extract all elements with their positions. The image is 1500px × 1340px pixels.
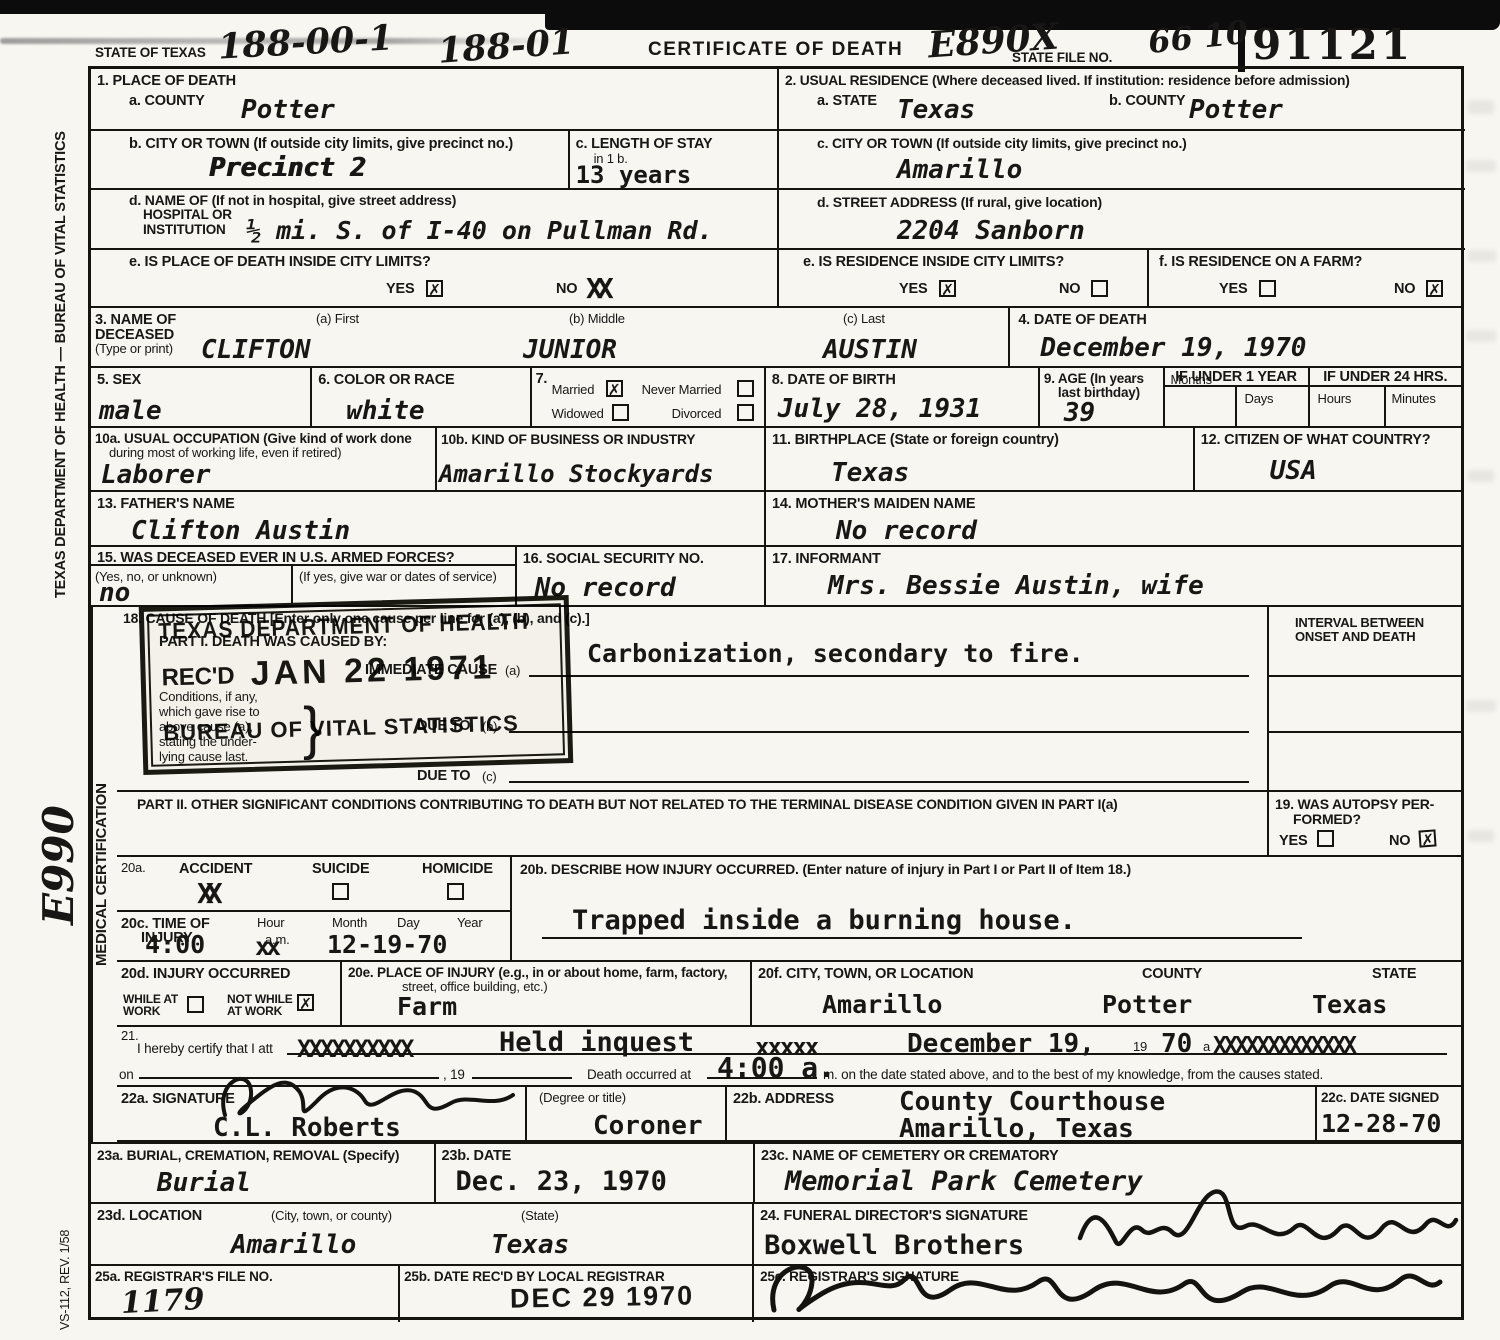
death-limits-yes-label: YES [386, 280, 414, 298]
bleed-through-text [1466, 160, 1496, 172]
section-place-of-injury: 20e. PLACE OF INJURY (e.g., in or about … [342, 962, 752, 1025]
location-state-value: Texas [491, 1230, 569, 1260]
section-if-under-1-year: IF UNDER 1 YEAR Months Days [1165, 368, 1310, 426]
injury-county-value: Potter [1102, 990, 1192, 1019]
part2-label: PART II. OTHER SIGNIFICANT CONDITIONS CO… [137, 796, 1118, 813]
business-value: Amarillo Stockyards [439, 460, 714, 488]
autopsy-yes-label: YES [1279, 832, 1307, 850]
father-label: 13. FATHER'S NAME [97, 495, 235, 513]
section-degree-title: (Degree or title) Coroner [527, 1087, 727, 1140]
cert-rest-text: m. on the date stated above, and to the … [823, 1067, 1323, 1083]
section-sex: 5. SEX male [91, 368, 312, 426]
interval-column: INTERVAL BETWEEN ONSET AND DEATH [1269, 607, 1461, 790]
birthplace-label: 11. BIRTHPLACE (State or foreign country… [772, 431, 1059, 449]
section-signature: 22a. SIGNATURE C.L. Roberts [117, 1087, 527, 1140]
death-limits-no-label: NO [556, 280, 577, 298]
armed-forces-value: no [99, 578, 130, 608]
divorced-label: Divorced [672, 406, 722, 422]
year-label: Year [457, 915, 482, 931]
residence-city-label: c. CITY OR TOWN (If outside city limits,… [817, 135, 1187, 153]
burial-date-label: 23b. DATE [442, 1147, 512, 1165]
location-city-value: Amarillo [231, 1230, 356, 1260]
cert-typed-date: December 19, [907, 1029, 1095, 1059]
death-limits-no-mark: XX [586, 272, 608, 305]
section-injury-location: 20f. CITY, TOWN, OR LOCATION COUNTY STAT… [752, 962, 1461, 1025]
section-how-injury-occurred: 20b. DESCRIBE HOW INJURY OCCURRED. (Ente… [512, 857, 1461, 960]
married-label: Married [552, 382, 595, 398]
middle-name-value: JUNIOR [523, 335, 617, 365]
residence-limits-yes-checkbox: ✗ [939, 280, 956, 297]
date-signed-label: 22c. DATE SIGNED [1321, 1090, 1439, 1107]
death-certificate-scan: STATE OF TEXAS 188-00-1 188-01 CERTIFICA… [0, 0, 1500, 1340]
section-registrar-file: 25a. REGISTRAR'S FILE NO. 1179 [91, 1266, 400, 1322]
occupation-label2: during most of working life, even if ret… [109, 445, 341, 461]
death-limits-yes-checkbox: ✗ [426, 280, 443, 297]
homicide-checkbox [447, 883, 464, 900]
informant-value: Mrs. Bessie Austin, wife [828, 571, 1204, 601]
injury-county-label: COUNTY [1142, 965, 1202, 983]
sex-label: 5. SEX [97, 371, 141, 389]
section-cause-of-death: 18. CAUSE OF DEATH [Enter only one cause… [117, 607, 1461, 792]
sidebar-handwritten-code: E990 [34, 790, 76, 940]
registrar-file-value: 1179 [120, 1282, 205, 1321]
suicide-checkbox [332, 883, 349, 900]
ssn-label: 16. SOCIAL SECURITY NO. [523, 550, 704, 568]
location-state-label: (State) [521, 1208, 559, 1224]
certificate-title: CERTIFICATE OF DEATH [648, 38, 903, 62]
cause-c-label: (c) [482, 769, 497, 785]
cemetery-label: 23c. NAME OF CEMETERY OR CREMATORY [761, 1147, 1058, 1165]
under-24-hrs-label: IF UNDER 24 HRS. [1310, 368, 1462, 387]
section-birthplace: 11. BIRTHPLACE (State or foreign country… [766, 428, 1195, 490]
burial-date-value: Dec. 23, 1970 [456, 1166, 667, 1197]
residence-city-value: Amarillo [897, 155, 1022, 185]
state-of-texas-label: STATE OF TEXAS [95, 45, 206, 62]
date-of-death-label: 4. DATE OF DEATH [1018, 311, 1146, 329]
residence-farm-label: f. IS RESIDENCE ON A FARM? [1159, 253, 1362, 271]
location-city-label: (City, town, or county) [271, 1208, 392, 1224]
section-date-of-death: 4. DATE OF DEATH December 19, 1970 [1010, 308, 1461, 366]
cert-death-occurred-label: Death occurred at [587, 1067, 691, 1083]
section-color-or-race: 6. COLOR OR RACE white [312, 368, 531, 426]
state-file-no-label: STATE FILE NO. [1012, 50, 1112, 67]
farm-yes-label: YES [1219, 280, 1247, 298]
residence-state-value: Texas [897, 95, 975, 125]
first-name-value: CLIFTON [201, 335, 311, 365]
homicide-label: HOMICIDE [422, 860, 493, 878]
divorced-checkbox [737, 404, 754, 421]
how-injury-label: 20b. DESCRIBE HOW INJURY OCCURRED. (Ente… [520, 861, 1131, 879]
place-of-death-title: 1. PLACE OF DEATH [97, 72, 236, 90]
autopsy-no-checkbox: ✗ [1418, 829, 1436, 847]
cert-typed-held-inquest: Held inquest [499, 1027, 694, 1058]
section-injury-occurred: 20d. INJURY OCCURRED WHILE AT WORK NOT W… [117, 962, 342, 1025]
date-received-stamp: DEC 29 1970 [510, 1280, 695, 1314]
section-name-of-deceased: 3. NAME OF DECEASED (Type or print) (a) … [91, 308, 1010, 366]
section-occupation: 10a. USUAL OCCUPATION (Give kind of work… [91, 428, 437, 490]
minutes-label: Minutes [1392, 391, 1436, 407]
not-while-checkbox: ✗ [297, 994, 314, 1011]
usual-residence-title: 2. USUAL RESIDENCE (Where deceased lived… [785, 72, 1350, 89]
death-city-limits-label: e. IS PLACE OF DEATH INSIDE CITY LIMITS? [129, 253, 431, 271]
stamp-recd-label: REC'D [161, 661, 235, 693]
residence-county-value: Potter [1189, 95, 1283, 125]
cert-on-label: on [119, 1067, 134, 1083]
residence-limits-no-checkbox [1091, 280, 1108, 297]
armed-forces-sub2: (If yes, give war or dates of service) [299, 569, 497, 585]
section-usual-residence: 2. USUAL RESIDENCE (Where deceased lived… [779, 69, 1465, 306]
section-mother: 14. MOTHER'S MAIDEN NAME No record [766, 492, 1461, 545]
injury-20a-label: 20a. [121, 860, 146, 876]
never-married-label: Never Married [642, 382, 722, 398]
hour-label: Hour [257, 915, 284, 931]
section-marital-status: 7. Married ✗ Never Married Widowed Divor… [532, 368, 766, 426]
race-value: white [346, 396, 424, 426]
section-burial-location: 23d. LOCATION (City, town, or county) (S… [91, 1204, 754, 1264]
autopsy-yes-checkbox [1317, 830, 1334, 847]
autopsy-no-label: NO [1389, 832, 1410, 850]
county-value: Potter [241, 95, 335, 125]
days-label: Days [1245, 391, 1274, 407]
section-informant: 17. INFORMANT Mrs. Bessie Austin, wife [766, 547, 1461, 605]
residence-limits-no-label: NO [1059, 280, 1080, 298]
injury-date-value: 12-19-70 [327, 930, 447, 959]
address-label: 22b. ADDRESS [733, 1090, 834, 1108]
bleed-through-text [1468, 470, 1494, 482]
interval-label2: ONSET AND DEATH [1295, 629, 1416, 645]
marital-label: 7. [536, 370, 548, 388]
cert-typed-year: 70 [1161, 1029, 1192, 1059]
injury-state-label: STATE [1372, 965, 1416, 983]
city-or-town-label: b. CITY OR TOWN (If outside city limits,… [129, 136, 513, 152]
armed-forces-label: 15. WAS DECEASED EVER IN U.S. ARMED FORC… [97, 549, 454, 567]
cert-printed-a: a [1203, 1039, 1210, 1055]
section-part2: PART II. OTHER SIGNIFICANT CONDITIONS CO… [117, 792, 1461, 857]
county-label: a. COUNTY [129, 92, 205, 110]
occupation-value: Laborer [101, 460, 211, 490]
never-married-checkbox [737, 380, 754, 397]
not-while-label2: AT WORK [227, 1004, 282, 1018]
day-label: Day [397, 915, 420, 931]
section-injury: 20a. ACCIDENT XX SUICIDE HOMICIDE 20c. T… [117, 857, 1461, 962]
section-business: 10b. KIND OF BUSINESS OR INDUSTRY Amaril… [437, 428, 766, 490]
section-autopsy: 19. WAS AUTOPSY PER- FORMED? YES NO ✗ [1269, 792, 1461, 855]
section-registrar-signature: 25c. REGISTRAR'S SIGNATURE [754, 1266, 1461, 1322]
received-stamp: TEXAS DEPARTMENT OF HEALTH REC'D JAN 22 … [139, 595, 574, 775]
birth-date-label: 8. DATE OF BIRTH [772, 371, 896, 389]
mother-value: No record [836, 516, 977, 546]
informant-label: 17. INFORMANT [772, 550, 881, 568]
injury-city-value: Amarillo [822, 990, 942, 1019]
date-of-death-value: December 19, 1970 [1040, 333, 1306, 363]
middle-name-label: (b) Middle [569, 311, 625, 327]
city-or-town-value: Precinct 2 [209, 153, 366, 183]
certificate-form: 1. PLACE OF DEATH a. COUNTY Potter b. CI… [88, 66, 1464, 1320]
registrar-signature-scrawl [754, 1236, 1454, 1326]
name-label3: (Type or print) [95, 341, 173, 357]
autopsy-label2: FORMED? [1293, 811, 1361, 829]
business-label: 10b. KIND OF BUSINESS OR INDUSTRY [441, 431, 695, 448]
section-date-of-birth: 8. DATE OF BIRTH July 28, 1931 [766, 368, 1040, 426]
injury-occurred-label: 20d. INJURY OCCURRED [121, 965, 290, 983]
cert-text: I hereby certify that I att [137, 1041, 273, 1057]
hour-value: 4:00 [145, 930, 205, 959]
sex-value: male [99, 396, 162, 426]
bleed-through-text [1468, 830, 1494, 842]
race-label: 6. COLOR OR RACE [318, 371, 454, 389]
last-name-label: (c) Last [843, 311, 885, 327]
section-date-signed: 22c. DATE SIGNED 12-28-70 [1317, 1087, 1461, 1140]
widowed-label: Widowed [552, 406, 604, 422]
street-address-value: 2204 Sanborn [897, 216, 1085, 246]
medical-certification-label: MEDICAL CERTIFICATION [91, 607, 117, 1142]
cause-a-value: Carbonization, secondary to fire. [587, 639, 1084, 668]
cert-time-value: 4:00 a. [717, 1051, 835, 1084]
signature-typed-name: C.L. Roberts [213, 1113, 401, 1143]
age-value: 39 [1064, 398, 1095, 428]
section-address: 22b. ADDRESS County Courthouse Amarillo,… [727, 1087, 1317, 1140]
section-if-under-24-hrs: IF UNDER 24 HRS. Hours Minutes [1310, 368, 1462, 426]
date-signed-value: 12-28-70 [1321, 1109, 1441, 1138]
birthplace-value: Texas [831, 458, 909, 488]
married-checkbox: ✗ [606, 380, 623, 397]
institution-value: ½ mi. S. of I-40 on Pullman Rd. [246, 216, 713, 245]
residence-state-label: a. STATE [817, 92, 877, 110]
section-place-of-death: 1. PLACE OF DEATH a. COUNTY Potter b. CI… [91, 69, 779, 306]
degree-label: (Degree or title) [539, 1090, 626, 1106]
length-of-stay-value: 13 years [576, 161, 692, 189]
bleed-through-text [1468, 250, 1496, 262]
first-name-label: (a) First [316, 311, 359, 327]
burial-label: 23a. BURIAL, CREMATION, REMOVAL (Specify… [97, 1147, 399, 1164]
bleed-through-text [1468, 100, 1494, 114]
citizen-value: USA [1270, 456, 1317, 486]
burial-value: Burial [157, 1168, 251, 1198]
section-father: 13. FATHER'S NAME Clifton Austin [91, 492, 766, 545]
section-burial-date: 23b. DATE Dec. 23, 1970 [436, 1144, 756, 1202]
funeral-director-label: 24. FUNERAL DIRECTOR'S SIGNATURE [760, 1207, 1028, 1225]
handwritten-code-2: 188-01 [437, 21, 576, 71]
bleed-through-text [1466, 700, 1496, 712]
residence-county-label: b. COUNTY [1109, 92, 1185, 110]
section-citizen: 12. CITIZEN OF WHAT COUNTRY? USA [1195, 428, 1461, 490]
month-label: Month [332, 915, 367, 931]
farm-no-checkbox: ✗ [1426, 280, 1443, 297]
street-address-label: d. STREET ADDRESS (If rural, give locati… [817, 194, 1102, 212]
location-label: 23d. LOCATION [97, 1207, 202, 1225]
sidebar-agency-label: TEXAS DEPARTMENT OF HEALTH — BUREAU OF V… [52, 85, 72, 645]
mother-label: 14. MOTHER'S MAIDEN NAME [772, 495, 975, 513]
farm-no-label: NO [1394, 280, 1415, 298]
residence-limits-yes-label: YES [899, 280, 927, 298]
stamp-date: JAN 22 1971 [250, 646, 495, 695]
last-name-value: AUSTIN [823, 335, 917, 365]
injury-city-label: 20f. CITY, TOWN, OR LOCATION [758, 965, 973, 983]
accident-label: ACCIDENT [179, 860, 252, 878]
residence-limits-label: e. IS RESIDENCE INSIDE CITY LIMITS? [803, 253, 1064, 271]
due-to-c-label: DUE TO [417, 767, 470, 785]
farm-yes-checkbox [1259, 280, 1276, 297]
bleed-through-text [1466, 330, 1496, 342]
institution-label: d. NAME OF (If not in hospital, give str… [129, 192, 456, 208]
birth-date-value: July 28, 1931 [778, 394, 982, 424]
father-value: Clifton Austin [131, 516, 350, 546]
section-time-of-injury: 20c. TIME OF INJURY Hour a.m. Month Day … [117, 912, 510, 960]
hours-label: Hours [1318, 391, 1352, 407]
address-value1: County Courthouse [899, 1087, 1165, 1117]
cert-printed-19: 19 [1133, 1039, 1147, 1055]
widowed-checkbox [612, 404, 629, 421]
am-crossed-value: xx [255, 932, 277, 961]
institution-label3: INSTITUTION [143, 222, 226, 239]
suicide-label: SUICIDE [312, 860, 369, 878]
injury-state-value: Texas [1312, 990, 1387, 1019]
accident-mark: XX [197, 877, 215, 910]
cert-strike3: XXXXXXXXXXXXX [1213, 1033, 1354, 1059]
while-at-work-label2: WORK [123, 1004, 160, 1018]
address-value2: Amarillo, Texas [899, 1114, 1134, 1144]
section-age: 9. AGE (In years last birthday) 39 [1040, 368, 1165, 426]
place-of-injury-value: Farm [397, 992, 457, 1021]
form-number-label: VS-112, REV. 1/58 [58, 1225, 74, 1335]
section-date-received: 25b. DATE REC'D BY LOCAL REGISTRAR DEC 2… [400, 1266, 754, 1322]
cert-number: 21. [121, 1028, 138, 1044]
section-armed-forces: 15. WAS DECEASED EVER IN U.S. ARMED FORC… [91, 547, 517, 605]
degree-value: Coroner [593, 1111, 703, 1141]
while-at-work-checkbox [187, 996, 204, 1013]
stamped-file-number: 91121 [1252, 20, 1413, 69]
section-burial: 23a. BURIAL, CREMATION, REMOVAL (Specify… [91, 1144, 436, 1202]
months-label: Months [1171, 372, 1212, 388]
citizen-label: 12. CITIZEN OF WHAT COUNTRY? [1201, 431, 1431, 449]
section-accident-suicide-homicide: 20a. ACCIDENT XX SUICIDE HOMICIDE [117, 857, 510, 912]
handwritten-code-1: 188-00-1 [217, 17, 394, 67]
